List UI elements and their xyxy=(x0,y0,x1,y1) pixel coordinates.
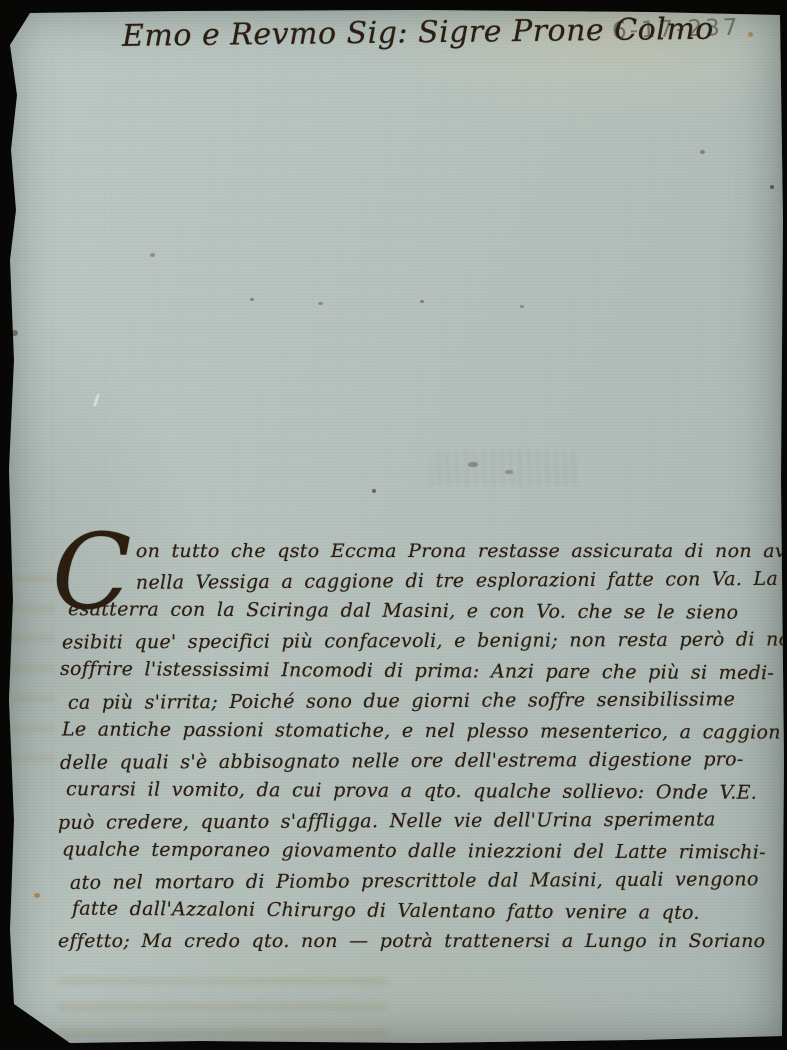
manuscript-line: ca più s'irrita; Poiché sono due giorni … xyxy=(68,684,774,718)
letter-body: C on tutto che qsto Eccma Prona restasse… xyxy=(58,536,774,956)
ink-bleedthrough-left xyxy=(6,552,54,762)
salutation-line: Emo e Revmo Sig: Sigre Prone Colmo xyxy=(122,13,592,54)
manuscript-line: effetto; Ma credo qto. non — potrà tratt… xyxy=(58,926,774,956)
manuscript-line: nella Vessiga a caggione di tre esploraz… xyxy=(72,564,774,598)
manuscript-page: 6-17-237 Emo e Revmo Sig: Sigre Prone Co… xyxy=(0,0,787,1050)
manuscript-line: fatte dall'Azzaloni Chirurgo di Valentan… xyxy=(72,894,774,929)
manuscript-line: qualche temporaneo giovamento dalle inie… xyxy=(62,834,774,867)
manuscript-line: esibiti que' specifici più confacevoli, … xyxy=(62,624,774,657)
manuscript-line: può credere, quanto s'affligga. Nelle vi… xyxy=(58,804,774,838)
ink-bleedthrough-bottom xyxy=(58,975,388,1037)
photo-backdrop: 6-17-237 Emo e Revmo Sig: Sigre Prone Co… xyxy=(0,0,787,1050)
manuscript-line: curarsi il vomito, da cui prova a qto. q… xyxy=(66,774,774,808)
manuscript-line: Le antiche passioni stomatiche, e nel pl… xyxy=(62,714,774,747)
manuscript-line: delle quali s'è abbisognato nelle ore de… xyxy=(60,744,774,778)
manuscript-line: soffrire l'istessissimi Incomodi di prim… xyxy=(60,654,774,688)
manuscript-line: ato nel mortaro di Piombo prescrittole d… xyxy=(70,864,774,898)
manuscript-line: on tutto che qsto Eccma Prona restasse a… xyxy=(58,536,774,566)
ink-smudge-mid xyxy=(430,450,580,486)
manuscript-line: esatterra con la Sciringa dal Masini, e … xyxy=(68,594,774,628)
